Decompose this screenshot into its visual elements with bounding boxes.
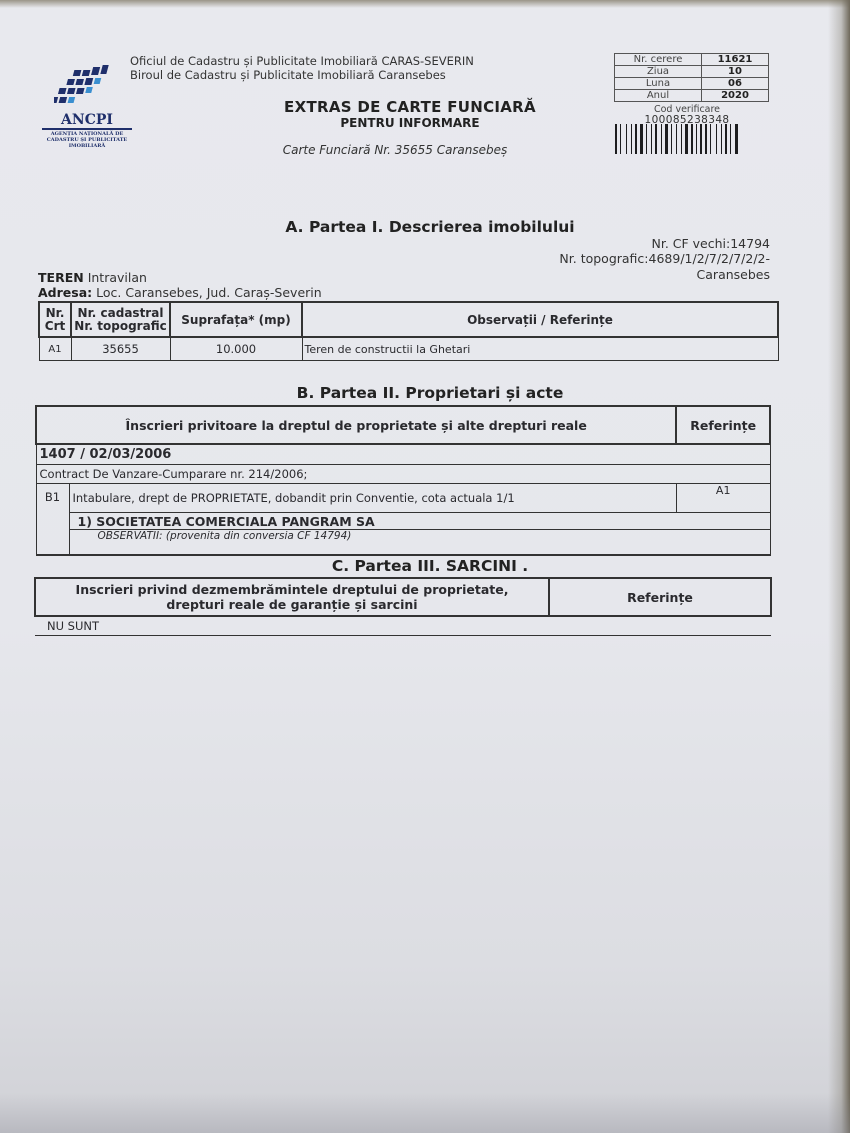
teren-label: TEREN — [38, 270, 84, 285]
request-label: Ziua — [615, 66, 702, 78]
request-value: 11621 — [702, 54, 769, 66]
cell-suprafata: 10.000 — [170, 337, 302, 361]
header-referinte: Referințe — [676, 406, 770, 444]
header-inscrieri: Înscrieri privitoare la dreptul de propr… — [36, 406, 676, 444]
table-row: A1 35655 10.000 Teren de constructii la … — [39, 337, 778, 361]
property-table: Nr.Crt Nr. cadastralNr. topografic Supra… — [38, 301, 779, 361]
request-value: 2020 — [702, 90, 769, 102]
paper-shadow-right — [828, 0, 850, 1133]
table-row: OBSERVATII: (provenita din conversia CF … — [36, 530, 770, 556]
table-row: NU SUNT — [35, 616, 771, 636]
office-line-1: Oficiul de Cadastru și Publicitate Imobi… — [130, 54, 474, 68]
request-row: Nr. cerere11621 — [615, 54, 769, 66]
sarcini-value: NU SUNT — [35, 616, 771, 636]
owners-table: Înscrieri privitoare la dreptul de propr… — [35, 405, 771, 556]
request-value: 06 — [702, 78, 769, 90]
adresa: Adresa: Loc. Caransebes, Jud. Caraș-Seve… — [38, 285, 322, 300]
teren-type: TEREN Intravilan — [38, 270, 147, 285]
header-cad-line1: Nr. cadastral — [73, 307, 168, 320]
charges-table-header: Inscrieri privind dezmembrămintele drept… — [35, 578, 771, 616]
entry-number: 1407 / 02/03/2006 — [36, 444, 770, 465]
request-value: 10 — [702, 66, 769, 78]
adresa-value: Loc. Caransebes, Jud. Caraș-Severin — [96, 285, 322, 300]
intabulare-ref: A1 — [676, 484, 770, 513]
request-info-table: Nr. cerere11621 Ziua10 Luna06 Anul2020 — [614, 53, 769, 102]
header-referinte: Referințe — [549, 578, 771, 616]
nr-topografic: Nr. topografic:4689/1/2/7/2/7/2/2- Caran… — [559, 251, 770, 283]
request-label: Anul — [615, 90, 702, 102]
header-nr-line1: Nr. — [41, 307, 69, 320]
paper-shadow-top — [0, 0, 850, 8]
header-nr-line2: Crt — [41, 320, 69, 333]
document-subtitle: PENTRU INFORMARE — [270, 116, 550, 130]
owner-name: 1) SOCIETATEA COMERCIALA PANGRAM SA — [69, 513, 770, 530]
carte-funciara-number: Carte Funciară Nr. 35655 Caransebeș — [255, 143, 535, 157]
table-row: 1) SOCIETATEA COMERCIALA PANGRAM SA — [36, 513, 770, 530]
property-table-header: Nr.Crt Nr. cadastralNr. topografic Supra… — [39, 302, 778, 337]
entry-act: Contract De Vanzare-Cumparare nr. 214/20… — [36, 465, 770, 484]
paper-shadow-bottom — [0, 1093, 850, 1133]
header-observatii: Observații / Referințe — [302, 302, 778, 337]
request-label: Luna — [615, 78, 702, 90]
nr-topografic-line-2: Caransebes — [559, 267, 770, 283]
teren-value: Intravilan — [88, 270, 147, 285]
office-line-2: Biroul de Cadastru și Publicitate Imobil… — [130, 68, 474, 82]
barcode-icon — [615, 124, 760, 154]
section-b-title: B. Partea II. Proprietari și acte — [40, 384, 820, 402]
ancpi-logo: ANCPI AGENȚIA NAȚIONALĂ DE CADASTRU ȘI P… — [42, 58, 132, 148]
request-row: Ziua10 — [615, 66, 769, 78]
header-nr-crt: Nr.Crt — [39, 302, 71, 337]
header-cadastral: Nr. cadastralNr. topografic — [71, 302, 170, 337]
nr-topografic-line-1: Nr. topografic:4689/1/2/7/2/7/2/2- — [559, 251, 770, 267]
request-row: Luna06 — [615, 78, 769, 90]
logo-squares-icon — [54, 64, 114, 112]
header-sarcini: Inscrieri privind dezmembrămintele drept… — [35, 578, 549, 616]
owner-observatii: OBSERVATII: (provenita din conversia CF … — [69, 530, 770, 556]
section-c-title: C. Partea III. SARCINI . — [40, 557, 820, 575]
request-row: Anul2020 — [615, 90, 769, 102]
adresa-label: Adresa: — [38, 285, 92, 300]
cell-cadastral: 35655 — [71, 337, 170, 361]
section-a-title: A. Partea I. Descrierea imobilului — [40, 218, 820, 236]
office-info: Oficiul de Cadastru și Publicitate Imobi… — [130, 54, 474, 82]
cell-observatii: Teren de constructii la Ghetari — [302, 337, 778, 361]
document-title: EXTRAS DE CARTE FUNCIARĂ — [270, 98, 550, 116]
table-row: B1 Intabulare, drept de PROPRIETATE, dob… — [36, 484, 770, 513]
cell-nr: A1 — [39, 337, 71, 361]
header-sarcini-line1: Inscrieri privind dezmembrămintele drept… — [37, 582, 547, 597]
row-id: B1 — [36, 484, 69, 556]
owners-table-header: Înscrieri privitoare la dreptul de propr… — [36, 406, 770, 444]
cf-vechi: Nr. CF vechi:14794 — [651, 236, 770, 251]
table-row: 1407 / 02/03/2006 — [36, 444, 770, 465]
header-sarcini-line2: drepturi reale de garanție și sarcini — [37, 597, 547, 612]
charges-table: Inscrieri privind dezmembrămintele drept… — [34, 577, 772, 636]
header-suprafata: Suprafața* (mp) — [170, 302, 302, 337]
header-cad-line2: Nr. topografic — [73, 320, 168, 333]
request-label: Nr. cerere — [615, 54, 702, 66]
logo-subtitle: AGENȚIA NAȚIONALĂ DE CADASTRU ȘI PUBLICI… — [42, 131, 132, 149]
logo-text: ANCPI — [42, 112, 132, 130]
table-row: Contract De Vanzare-Cumparare nr. 214/20… — [36, 465, 770, 484]
intabulare: Intabulare, drept de PROPRIETATE, doband… — [69, 484, 676, 513]
